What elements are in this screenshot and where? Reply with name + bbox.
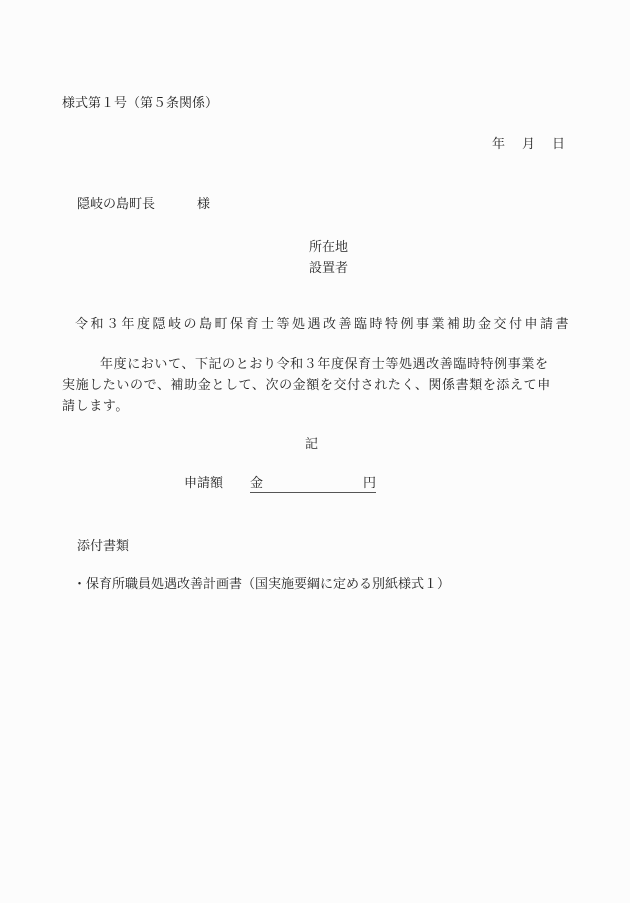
- attachment-item: ・保育所職員処遇改善計画書（国実施要綱に定める別紙様式１）: [73, 578, 450, 591]
- form-number: 様式第１号（第５条関係）: [62, 97, 218, 110]
- amount-prefix: 金: [250, 477, 263, 490]
- applicant-address-label: 所在地: [309, 237, 348, 258]
- body-paragraph: 年度において、下記のとおり令和３年度保育士等処遇改善臨時特例事業を実施したいので…: [62, 354, 562, 417]
- ki-heading: 記: [305, 438, 318, 451]
- addressee: 隠岐の島町長様: [77, 198, 210, 211]
- body-text: 年度において、下記のとおり令和３年度保育士等処遇改善臨時特例事業を実施したいので…: [62, 357, 551, 414]
- applicant-operator-label: 設置者: [309, 258, 348, 279]
- applicant-block: 所在地 設置者: [309, 237, 348, 279]
- amount-label: 申請額: [184, 477, 223, 490]
- document-title: 令和３年度隠岐の島町保育士等処遇改善臨時特例事業補助金交付申請書: [75, 318, 571, 331]
- date-month-label: 月: [522, 137, 535, 152]
- addressee-name: 隠岐の島町長: [77, 197, 155, 212]
- date-line: 年月日: [492, 138, 565, 151]
- amount-field: 金 円: [250, 477, 376, 493]
- addressee-honorific: 様: [197, 197, 210, 212]
- amount-suffix: 円: [363, 477, 376, 490]
- attachments-heading: 添付書類: [77, 540, 129, 553]
- date-year-label: 年: [492, 137, 505, 152]
- date-day-label: 日: [552, 137, 565, 152]
